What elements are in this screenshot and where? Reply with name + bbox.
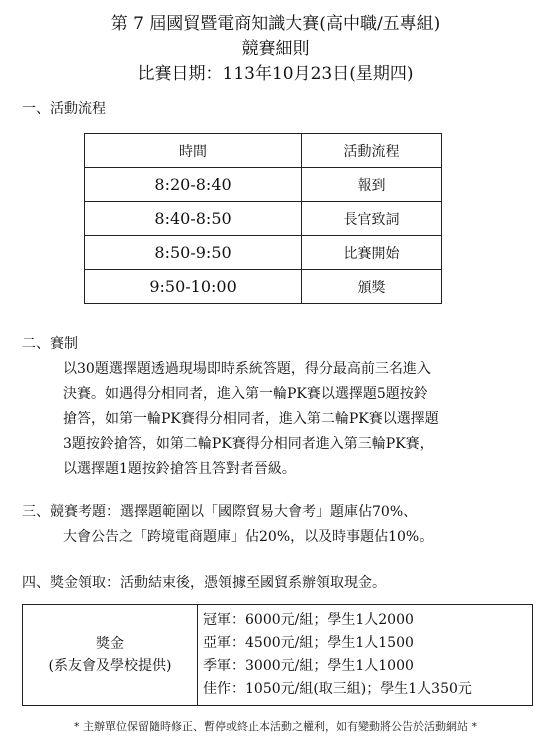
column-header-activity: 活動流程 [302, 134, 442, 168]
activity-cell: 長官致詞 [302, 202, 442, 236]
rules-line: 決賽。如遇得分相同者，進入第一輪PK賽以選擇題5題按鈴 [63, 382, 533, 407]
table-row: 8:40-8:50 長官致詞 [85, 202, 442, 236]
schedule-table: 時間 活動流程 8:20-8:40 報到 8:40-8:50 長官致詞 8:50… [84, 133, 442, 304]
section-questions-line2: 大會公告之「跨境電商題庫」佔20%，以及時事題佔10%。 [63, 527, 433, 547]
prize-table: 獎金 (系友會及學校提供) 冠軍：6000元/組；學生1人2000 亞軍：450… [22, 604, 533, 706]
column-header-time: 時間 [85, 134, 302, 168]
prize-label-cell: 獎金 (系友會及學校提供) [23, 605, 198, 706]
section-prize-heading: 四、獎金領取：活動結束後，憑領據至國貿系辦領取現金。 [22, 573, 386, 593]
section-schedule-heading: 一、活動流程 [22, 99, 106, 119]
table-row: 9:50-10:00 頒獎 [85, 270, 442, 304]
prize-label: 獎金 [23, 633, 197, 655]
table-row: 8:20-8:40 報到 [85, 168, 442, 202]
prize-row: 獎金 (系友會及學校提供) 冠軍：6000元/組；學生1人2000 亞軍：450… [23, 605, 533, 706]
prize-sponsor: (系友會及學校提供) [23, 655, 197, 677]
table-row: 8:50-9:50 比賽開始 [85, 236, 442, 270]
rules-line: 3題按鈴搶答，如第二輪PK賽得分相同者進入第三輪PK賽， [63, 432, 533, 457]
prize-list-cell: 冠軍：6000元/組；學生1人2000 亞軍：4500元/組；學生1人1500 … [198, 605, 533, 706]
prize-honorable: 佳作：1050元/組(取三組)；學生1人350元 [203, 678, 532, 701]
prize-third: 季軍：3000元/組；學生1人1000 [203, 655, 532, 678]
section-questions-line1: 三、競賽考題：選擇題範圍以「國際貿易大會考」題庫佔70%、 [22, 502, 417, 522]
activity-cell: 報到 [302, 168, 442, 202]
footer-note: * 主辦單位保留隨時修正、暫停或終止本活動之權利，如有變動將公告於活動網站 * [0, 718, 551, 734]
time-cell: 9:50-10:00 [85, 270, 302, 304]
rules-line: 搶答，如第一輪PK賽得分相同者，進入第二輪PK賽以選擇題 [63, 407, 533, 432]
rules-line: 以選擇題1題按鈴搶答且答對者晉級。 [63, 457, 533, 482]
rules-paragraph: 以30題選擇題透過現場即時系統答題，得分最高前三名進入 決賽。如遇得分相同者，進… [63, 357, 533, 482]
time-cell: 8:50-9:50 [85, 236, 302, 270]
time-cell: 8:20-8:40 [85, 168, 302, 202]
competition-date: 比賽日期：113年10月23日(星期四) [0, 62, 551, 86]
table-header-row: 時間 活動流程 [85, 134, 442, 168]
section-rules-heading: 二、賽制 [22, 334, 78, 354]
activity-cell: 頒獎 [302, 270, 442, 304]
prize-first: 冠軍：6000元/組；學生1人2000 [203, 609, 532, 632]
rules-line: 以30題選擇題透過現場即時系統答題，得分最高前三名進入 [63, 357, 533, 382]
prize-second: 亞軍：4500元/組；學生1人1500 [203, 632, 532, 655]
time-cell: 8:40-8:50 [85, 202, 302, 236]
document-subtitle: 競賽細則 [0, 37, 551, 61]
activity-cell: 比賽開始 [302, 236, 442, 270]
document-title: 第 7 屆國貿暨電商知識大賽(高中職/五專組) [0, 12, 551, 36]
